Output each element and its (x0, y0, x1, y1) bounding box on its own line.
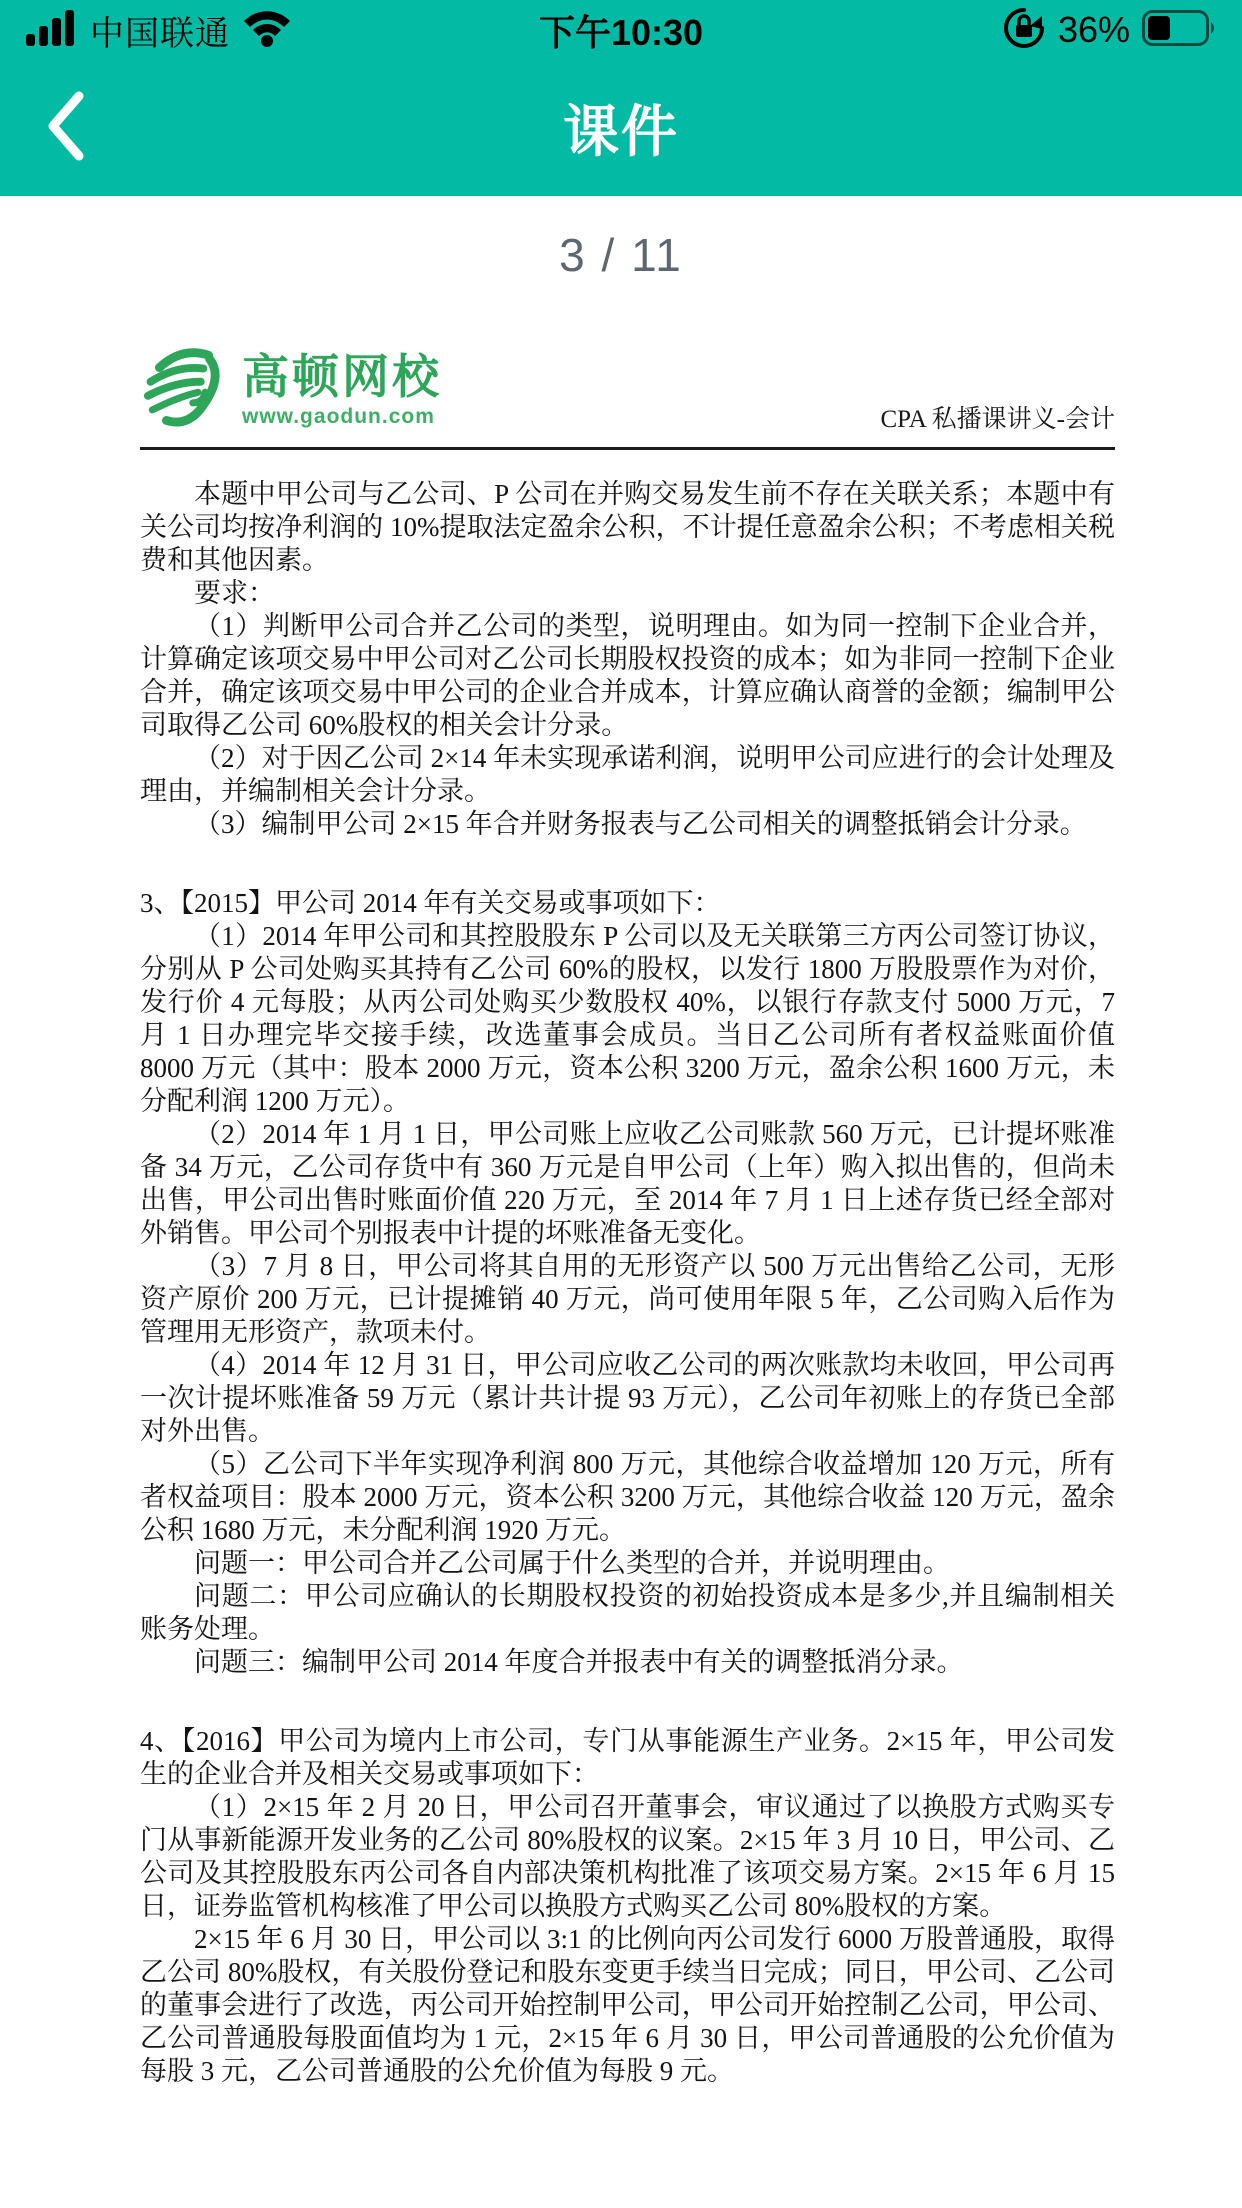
page-title: 课件 (0, 88, 1242, 168)
status-bar: 中国联通 下午10:30 36% (0, 0, 1242, 60)
paragraph-3-item-2: （2）2014 年 1 月 1 日，甲公司账上应收乙公司账款 560 万元，已计… (140, 1118, 1115, 1250)
status-bar-left: 中国联通 (26, 6, 292, 55)
document-header: 高顿网校 www.gaodun.com CPA 私播课讲义-会计 (140, 340, 1115, 439)
battery-icon (1142, 10, 1216, 51)
gaodun-logo: 高顿网校 www.gaodun.com (140, 340, 442, 439)
header-rule (140, 447, 1115, 450)
logo-text: 高顿网校 www.gaodun.com (242, 353, 442, 427)
paragraph-question-1: 问题一：甲公司合并乙公司属于什么类型的合并，并说明理由。 (140, 1547, 1115, 1580)
paragraph-requirements: 要求： (140, 577, 1115, 610)
paragraph-3-item-5: （5）乙公司下半年实现净利润 800 万元，其他综合收益增加 120 万元，所有… (140, 1448, 1115, 1547)
courseware-page[interactable]: 高顿网校 www.gaodun.com CPA 私播课讲义-会计 本题中甲公司与… (140, 340, 1115, 2088)
paragraph-req-2: （2）对于因乙公司 2×14 年未实现承诺利润，说明甲公司应进行的会计处理及理由… (140, 742, 1115, 808)
section-3-2015-heading: 3、【2015】甲公司 2014 年有关交易或事项如下： (140, 887, 1115, 920)
status-bar-right: 36% (1002, 6, 1216, 55)
section-4-2016-heading: 4、【2016】甲公司为境内上市公司，专门从事能源生产业务。2×15 年，甲公司… (140, 1725, 1115, 1791)
paragraph-4-item-1: （1）2×15 年 2 月 20 日，甲公司召开董事会，审议通过了以换股方式购买… (140, 1791, 1115, 1923)
battery-percent-label: 36% (1058, 9, 1130, 51)
paragraph-3-item-3: （3）7 月 8 日，甲公司将其自用的无形资产以 500 万元出售给乙公司，无形… (140, 1250, 1115, 1349)
paragraph-3-item-1: （1）2014 年甲公司和其控股股东 P 公司以及无关联第三方丙公司签订协议，分… (140, 920, 1115, 1118)
paragraph-4-item-2: 2×15 年 6 月 30 日，甲公司以 3:1 的比例向丙公司发行 6000 … (140, 1923, 1115, 2088)
paragraph-intro: 本题中甲公司与乙公司、P 公司在并购交易发生前不存在关联关系；本题中有关公司均按… (140, 478, 1115, 577)
paragraph-req-3: （3）编制甲公司 2×15 年合并财务报表与乙公司相关的调整抵销会计分录。 (140, 808, 1115, 841)
paragraph-question-2: 问题二：甲公司应确认的长期股权投资的初始投资成本是多少,并且编制相关账务处理。 (140, 1580, 1115, 1646)
logo-title: 高顿网校 (242, 353, 442, 400)
gaodun-swirl-icon (140, 340, 228, 439)
paragraph-3-item-4: （4）2014 年 12 月 31 日，甲公司应收乙公司的两次账款均未收回，甲公… (140, 1349, 1115, 1448)
carrier-label: 中国联通 (90, 6, 230, 55)
paragraph-req-1: （1）判断甲公司合并乙公司的类型，说明理由。如为同一控制下企业合并，计算确定该项… (140, 610, 1115, 742)
wifi-icon (242, 9, 292, 52)
paragraph-question-3: 问题三：编制甲公司 2014 年度合并报表中有关的调整抵消分录。 (140, 1646, 1115, 1679)
document-body: 本题中甲公司与乙公司、P 公司在并购交易发生前不存在关联关系；本题中有关公司均按… (140, 478, 1115, 2088)
app-chrome: 中国联通 下午10:30 36% (0, 0, 1242, 196)
course-label: CPA 私播课讲义-会计 (880, 399, 1115, 439)
logo-url: www.gaodun.com (242, 406, 442, 427)
nav-bar: 课件 (0, 60, 1242, 196)
cellular-signal-icon (26, 10, 78, 51)
page-indicator: 3 / 11 (0, 228, 1242, 282)
orientation-lock-icon (1002, 6, 1046, 55)
